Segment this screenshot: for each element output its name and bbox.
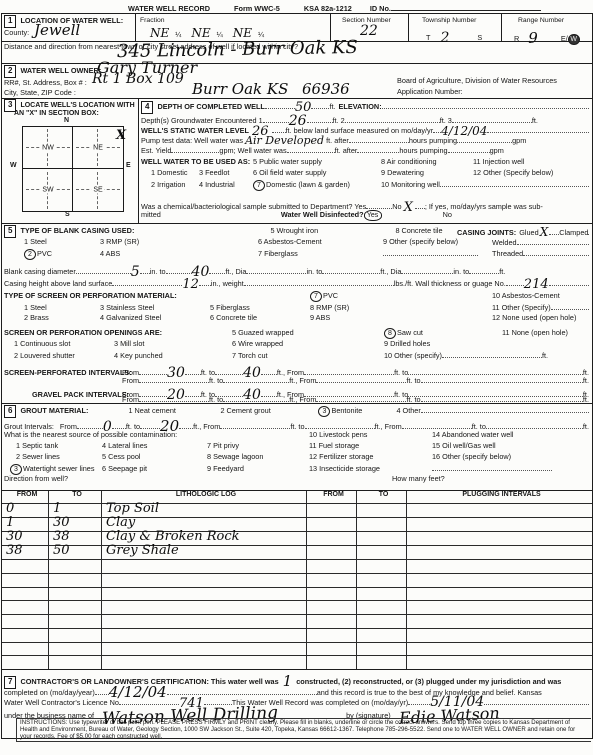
section2-number: 2 <box>4 65 16 78</box>
casing-height-label: Casing height above land surface <box>4 279 112 289</box>
litho-cell: 50 <box>49 546 102 559</box>
casing-9: 9 Other (specify below) <box>383 237 458 247</box>
litho-cell <box>49 643 102 656</box>
contam-10: 10 Livestock pens <box>309 430 432 440</box>
sample-question-3: mitted <box>141 210 161 220</box>
disinfected-label: Water Well Disinfected? <box>281 210 364 220</box>
contam-2: 2 Sewer lines <box>16 452 102 462</box>
litho-cell <box>307 532 357 545</box>
casing-2-circled: 2PVC <box>24 249 100 260</box>
ft-label: ft. <box>583 422 589 432</box>
disinfected-no: No <box>443 210 452 220</box>
use-9: 9 Dewatering <box>381 168 473 178</box>
litho-cell <box>407 574 592 587</box>
contam-1: 1 Septic tank <box>16 441 102 451</box>
litho-cell <box>307 546 357 559</box>
table-row <box>2 614 592 628</box>
compass-w: W <box>10 162 17 169</box>
section34-row: 3 LOCATE WELL'S LOCATION WITH AN "X" IN … <box>2 98 592 224</box>
material-5: 5 Fiberglass <box>210 303 310 313</box>
quadrant-nw: NW <box>40 145 56 152</box>
litho-cell <box>407 656 592 669</box>
material-1: 1 Steel <box>24 303 100 313</box>
table-row <box>2 600 592 614</box>
screen-intervals-label: SCREEN-PERFORATED INTERVALS: <box>4 368 122 378</box>
table-row <box>2 573 592 587</box>
casing-3: 3 RMP (SR) <box>100 237 258 247</box>
material-4: 4 Galvanized Steel <box>100 313 210 323</box>
litho-cell <box>49 560 102 573</box>
contam-14: 14 Abandoned water well <box>432 430 514 440</box>
litho-cell <box>49 629 102 642</box>
opening-4: 4 Key punched <box>114 351 232 361</box>
yield-mid-label: gpm; Well water was <box>219 146 286 156</box>
table-row: 3038Clay & Broken Rock <box>2 531 592 545</box>
litho-cell <box>357 643 407 656</box>
casing-8: 8 Concrete tile <box>395 226 442 236</box>
fraction-3: NE <box>233 27 252 39</box>
opening-5: 5 Guazed wrapped <box>232 328 384 338</box>
section5-number: 5 <box>4 225 16 238</box>
contam-11: 11 Fuel storage <box>309 441 432 451</box>
gpm-label: gpm <box>490 146 504 156</box>
opening-8-circled: 8Saw cut <box>384 328 502 339</box>
grout-4: 4 Other <box>396 406 420 416</box>
use-12: 12 Other (Specify below) <box>473 168 553 178</box>
joints-welded: Welded <box>492 238 517 248</box>
grout-3-label: Bentonite <box>331 406 362 415</box>
litho-cell <box>407 643 592 656</box>
litho-table-header: FROM TO LITHOLOGIC LOG FROM TO PLUGGING … <box>2 490 592 504</box>
litho-cell <box>357 601 407 614</box>
use-2: 2 Irrigation <box>151 180 199 190</box>
water-well-record-form: WATER WELL RECORD Form WWC-5 KSA 82a-121… <box>0 0 593 755</box>
litho-cell <box>307 588 357 601</box>
fraction-label: Fraction <box>140 16 165 26</box>
owner-city-label: City, State, ZIP Code : <box>4 88 76 98</box>
direction-label: Direction from well? <box>4 474 392 484</box>
section-box-diagram: NW NE SW SE X <box>22 126 124 212</box>
litho-cell <box>357 574 407 587</box>
opening-2: 2 Louvered shutter <box>14 351 114 361</box>
material-10: 10 Asbestos-Cement <box>492 291 560 301</box>
litho-cell <box>102 588 307 601</box>
litho-cell <box>307 504 357 517</box>
table-row <box>2 559 592 573</box>
litho-cell <box>2 656 49 669</box>
township-label: Township Number <box>422 16 476 26</box>
litho-cell <box>49 601 102 614</box>
use-4: 4 Industrial <box>199 180 253 190</box>
use-11: 11 Injection well <box>473 157 524 167</box>
guage-value: 214 <box>524 278 549 291</box>
litho-cell <box>357 588 407 601</box>
section4-depth: 4 DEPTH OF COMPLETED WELL 50 ft. ELEVATI… <box>138 98 592 223</box>
table-row: 01Top Soil <box>2 503 592 517</box>
material-12: 12 None used (open hole) <box>492 313 576 323</box>
contam-9: 9 Feedyard <box>207 464 309 474</box>
owner-zip-value: 66936 <box>302 82 350 97</box>
contam-6: 6 Seepage pit <box>102 464 207 474</box>
depth-label: DEPTH OF COMPLETED WELL <box>157 102 264 112</box>
contam-4: 4 Lateral lines <box>102 441 207 451</box>
use-10: 10 Monitoring well <box>381 180 440 190</box>
grout-1: 1 Neat cement <box>128 406 220 416</box>
litho-cell <box>407 532 592 545</box>
material-2: 2 Brass <box>24 313 100 323</box>
contam-5: 5 Cess pool <box>102 452 207 462</box>
material-11: 11 Other (Specify) <box>492 303 551 313</box>
casing-title: TYPE OF BLANK CASING USED: <box>20 226 270 236</box>
litho-cell <box>357 532 407 545</box>
litho-cell <box>357 518 407 531</box>
gravel-intervals-label: GRAVEL PACK INTERVALS: <box>32 390 122 400</box>
litho-cell <box>2 615 49 628</box>
use-5: 5 Public water supply <box>253 157 381 167</box>
casing-2-number: 2 <box>24 249 36 260</box>
litho-cell <box>357 615 407 628</box>
quadrant-se: SE <box>91 187 104 194</box>
quadrant-sw: SW <box>40 187 55 194</box>
litho-cell <box>102 615 307 628</box>
litho-cell <box>307 656 357 669</box>
litho-cell <box>2 574 49 587</box>
casing-7: 7 Fiberglass <box>258 249 383 259</box>
litho-cell <box>102 629 307 642</box>
est-yield-label: Est. Yield <box>141 146 171 156</box>
litho-cell <box>307 615 357 628</box>
in-weight-label: in., weight <box>211 279 244 289</box>
table-row: 130Clay <box>2 517 592 531</box>
range-label: Range Number <box>518 16 564 26</box>
section3-title-2: AN "X" IN SECTION BOX: <box>14 109 99 119</box>
owner-city-value: Burr Oak KS <box>192 82 288 97</box>
form-id-blank <box>391 2 541 11</box>
litho-cell <box>102 601 307 614</box>
litho-cell <box>307 518 357 531</box>
ft-to-label: ft. to <box>406 376 420 386</box>
litho-cell <box>49 574 102 587</box>
use-7-circled: 7Domestic (lawn & garden) <box>253 180 381 191</box>
ft-from-label: ft., From <box>289 376 316 386</box>
disinfected-yes-circled: Yes <box>364 210 382 221</box>
section3-location-box: 3 LOCATE WELL'S LOCATION WITH AN "X" IN … <box>2 98 138 223</box>
opening-1: 1 Continuous slot <box>14 339 114 349</box>
fraction-1: NE <box>150 27 169 39</box>
litho-cell <box>49 656 102 669</box>
ft-label: ft. <box>583 376 589 386</box>
use-3: 3 Feedlot <box>199 168 253 178</box>
litho-cell <box>307 574 357 587</box>
litho-cell <box>407 546 592 559</box>
litho-cell <box>357 504 407 517</box>
contam-13: 13 Insecticide storage <box>309 464 432 474</box>
litho-cell: Grey Shale <box>102 546 307 559</box>
opening-8-number: 8 <box>384 328 396 339</box>
section6-grout: 6 GROUT MATERIAL: 1 Neat cement 2 Cement… <box>2 403 592 490</box>
contam-15: 15 Oil well/Gas well <box>432 441 496 451</box>
use-7-label: Domestic (lawn & garden) <box>266 180 350 189</box>
ft-after-label: ft. after <box>335 146 358 156</box>
contamination-label: What is the nearest source of possible c… <box>4 430 309 440</box>
material-7-label: PVC <box>323 291 338 300</box>
litho-cell: 38 <box>2 546 49 559</box>
compass-s: S <box>65 211 70 218</box>
grout-3-circled: 3Bentonite <box>318 406 396 417</box>
table-row <box>2 628 592 642</box>
use-1: 1 Domestic <box>151 168 199 178</box>
from-label: From <box>122 376 139 386</box>
county-label: County: <box>4 28 29 38</box>
litho-cell <box>49 588 102 601</box>
litho-cell <box>407 615 592 628</box>
litho-cell <box>102 560 307 573</box>
opening-10: 10 Other (specify) <box>384 351 442 361</box>
joints-threaded: Threaded <box>492 249 523 259</box>
section5-casing: 5 TYPE OF BLANK CASING USED: 5 Wrought i… <box>2 223 592 404</box>
elevation-label: ELEVATION: <box>339 102 382 112</box>
grout-title: GROUT MATERIAL: <box>20 406 128 416</box>
contam-3-label: Watertight sewer lines <box>23 464 95 473</box>
compass-n: N <box>64 117 69 124</box>
fraction-2: NE <box>191 27 210 39</box>
openings-title: SCREEN OR PERFORATION OPENINGS ARE: <box>4 328 232 338</box>
litho-cell <box>407 560 592 573</box>
litho-cell <box>2 588 49 601</box>
litho-cell <box>407 629 592 642</box>
instructions-box: INSTRUCTIONS: Use typewriter or ball poi… <box>16 718 591 742</box>
grout-3-number: 3 <box>318 406 330 417</box>
distance-row: Distance and direction from nearest town… <box>2 41 592 64</box>
lbs-label: lbs./ft. Wall thickness or guage No. <box>394 279 506 289</box>
litho-cell <box>2 560 49 573</box>
well-x-mark: X <box>116 129 126 142</box>
owner-address-value: Rt 1 Box 109 <box>92 72 184 86</box>
casing-2-label: PVC <box>37 249 52 258</box>
litho-cell <box>407 601 592 614</box>
casing-5: 5 Wrought iron <box>270 226 395 236</box>
opening-9: 9 Drilled holes <box>384 339 430 349</box>
section7-certification: 7 CONTRACTOR'S OR LANDOWNER'S CERTIFICAT… <box>2 669 592 739</box>
use-title: WELL WATER TO BE USED AS: <box>141 157 253 167</box>
how-many-feet-label: How many feet? <box>392 474 445 484</box>
board-label: Board of Agriculture, Division of Water … <box>397 76 557 86</box>
ft-to-label: ft. to <box>209 376 223 386</box>
litho-cell <box>49 615 102 628</box>
material-9: 9 ABS <box>310 313 492 323</box>
contam-12: 12 Fertilizer storage <box>309 452 432 462</box>
table-row <box>2 655 592 669</box>
litho-cell <box>102 574 307 587</box>
material-7-circled: 7PVC <box>310 291 492 302</box>
contam-8: 8 Sewage lagoon <box>207 452 309 462</box>
application-number-label: Application Number: <box>397 87 463 97</box>
instructions-text: INSTRUCTIONS: Use typewriter or ball poi… <box>20 719 575 740</box>
contam-16: 16 Other (specify below) <box>432 452 511 462</box>
litho-cell <box>102 643 307 656</box>
litho-cell <box>307 560 357 573</box>
litho-cell <box>407 518 592 531</box>
contam-7: 7 Pit privy <box>207 441 309 451</box>
casing-height-value: 12 <box>182 278 199 291</box>
material-7-number: 7 <box>310 291 322 302</box>
litho-cell <box>2 629 49 642</box>
ft-label: ft. <box>542 351 548 361</box>
section1-number: 1 <box>4 15 16 28</box>
use-8: 8 Air conditioning <box>381 157 473 167</box>
form-body: 1 LOCATION OF WATER WELL: County: Jewell… <box>1 13 593 739</box>
litho-cell <box>357 546 407 559</box>
litho-cell <box>2 643 49 656</box>
litho-cell <box>2 601 49 614</box>
grout-2: 2 Cement grout <box>220 406 318 416</box>
section-number-value: 22 <box>360 24 378 38</box>
litho-cell <box>102 656 307 669</box>
litho-cell <box>407 504 592 517</box>
section2-title: WATER WELL OWNER: <box>20 66 101 76</box>
county-value: Jewell <box>34 23 80 38</box>
material-3: 3 Stainless Steel <box>100 303 210 313</box>
use-7-number: 7 <box>253 180 265 191</box>
screen-material-title: TYPE OF SCREEN OR PERFORATION MATERIAL: <box>4 291 310 301</box>
material-6: 6 Concrete tile <box>210 313 310 323</box>
casing-4: 4 ABS <box>100 249 258 259</box>
material-8: 8 RMP (SR) <box>310 303 492 313</box>
table-row <box>2 642 592 656</box>
ft-label: ft. <box>329 102 335 112</box>
litho-table-body: 01Top Soil130Clay3038Clay & Broken Rock3… <box>2 503 592 669</box>
litho-cell <box>307 629 357 642</box>
opening-7: 7 Torch cut <box>232 351 384 361</box>
litho-cell <box>307 601 357 614</box>
section2-owner: 2 WATER WELL OWNER: Gary Turner RR#, St.… <box>2 63 592 99</box>
quarter-glyph: ¼ <box>175 30 181 40</box>
use-6: 6 Oil field water supply <box>253 168 381 178</box>
hours-pumping-label: hours pumping <box>399 146 447 156</box>
quadrant-ne: NE <box>91 145 105 152</box>
litho-cell <box>357 560 407 573</box>
opening-11: 11 None (open hole) <box>502 328 568 338</box>
opening-6: 6 Wire wrapped <box>232 339 384 349</box>
lithologic-table: FROM TO LITHOLOGIC LOG FROM TO PLUGGING … <box>2 490 592 669</box>
litho-cell <box>357 629 407 642</box>
opening-3: 3 Mill slot <box>114 339 232 349</box>
casing-1: 1 Steel <box>24 237 100 247</box>
litho-cell <box>307 643 357 656</box>
compass-e: E <box>126 162 131 169</box>
table-row: 3850Grey Shale <box>2 545 592 559</box>
litho-cell <box>357 656 407 669</box>
table-row <box>2 587 592 601</box>
casing-6: 6 Asbestos-Cement <box>258 237 383 247</box>
litho-cell <box>407 588 592 601</box>
owner-address-label: RR#, St. Address, Box # : <box>4 78 87 88</box>
opening-8-label: Saw cut <box>397 328 423 337</box>
